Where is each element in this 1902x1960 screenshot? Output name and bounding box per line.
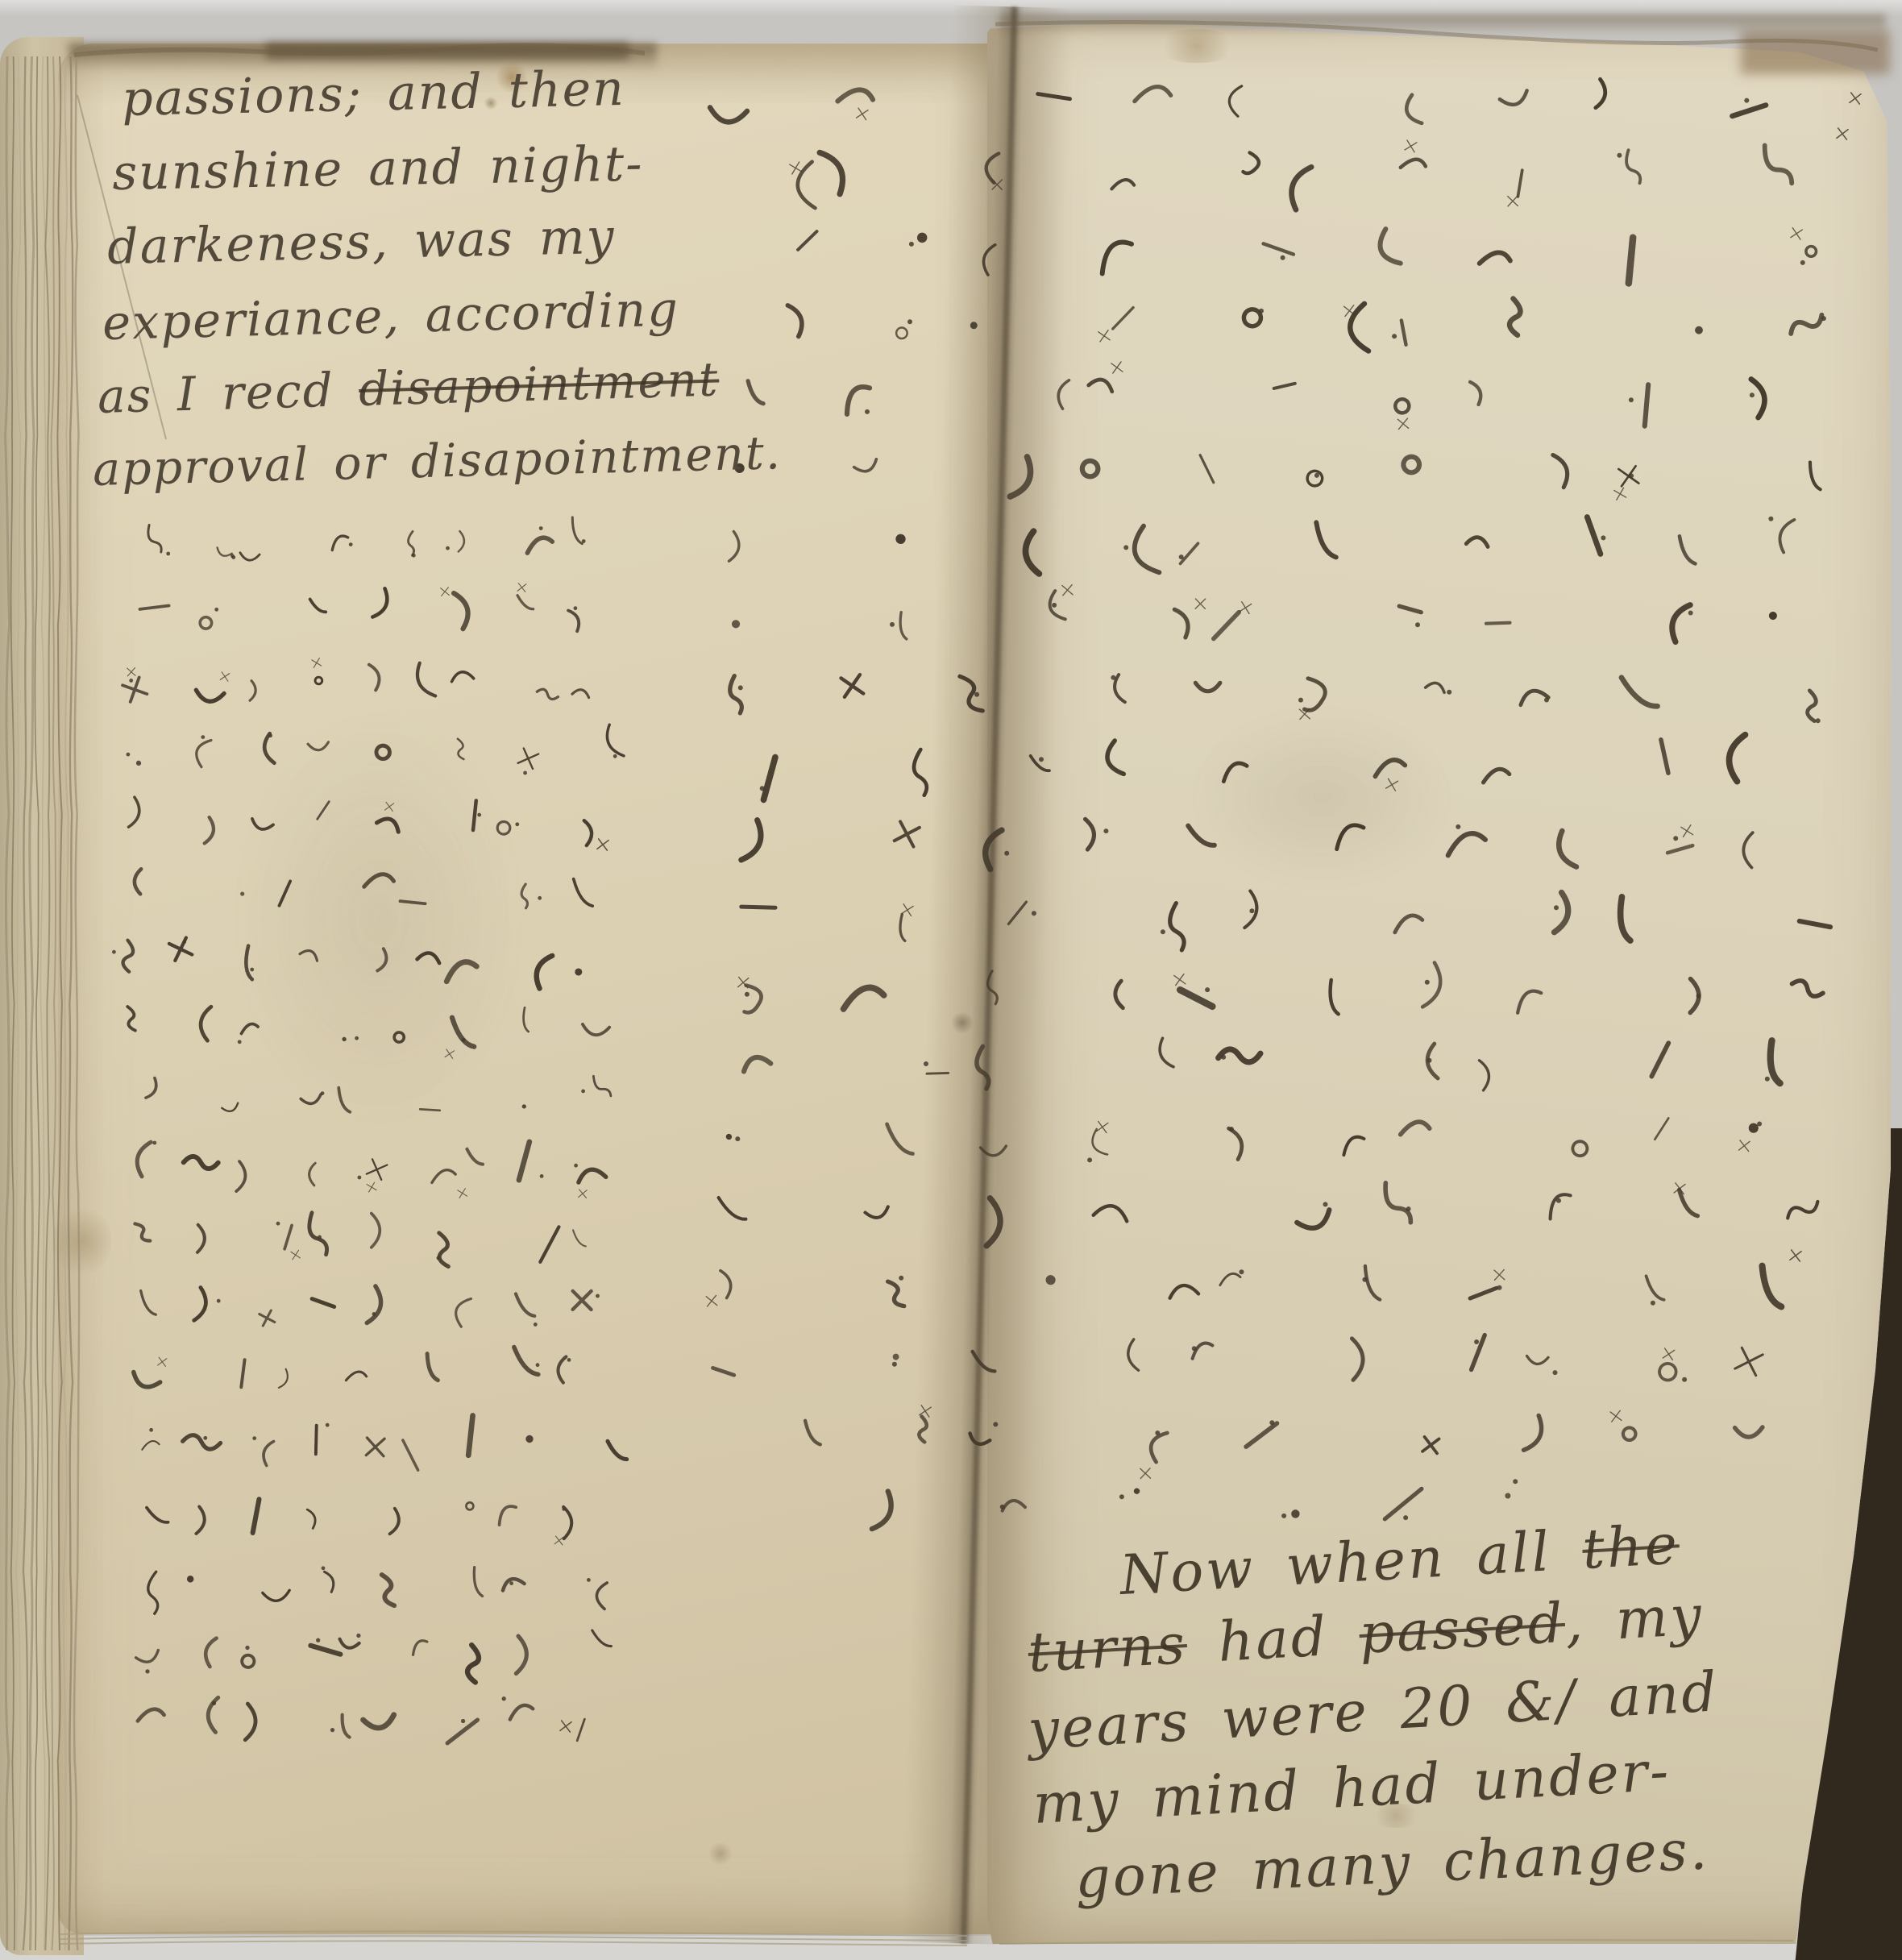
handwritten-text-segment: passions; and then [122, 60, 626, 127]
handwritten-text-segment: gone many changes. [1074, 1818, 1710, 1911]
handwritten-text-segment: sunshine and night- [112, 136, 644, 201]
handwritten-text-segment: disapointment [358, 351, 720, 416]
handwriting-layer: passions; and thensunshine and night-dar… [0, 0, 1902, 1960]
handwritten-text-segment: darkeness, was my [107, 209, 617, 276]
handwritten-line: darkeness, was my [107, 209, 617, 276]
handwritten-text-segment: experiance, according [102, 281, 679, 351]
handwritten-text-segment: passed [1357, 1592, 1567, 1667]
handwritten-line: gone many changes. [1074, 1818, 1710, 1911]
handwritten-text-segment: approval or disapointment. [92, 426, 782, 496]
handwritten-line: approval or disapointment. [92, 426, 782, 496]
handwritten-line: passions; and then [122, 60, 626, 127]
handwritten-text-segment: turns [1027, 1613, 1189, 1685]
handwritten-line: as I recd disapointment [97, 351, 720, 424]
handwritten-line: experiance, according [102, 281, 679, 351]
notebook-scan: passions; and thensunshine and night-dar… [0, 0, 1902, 1960]
handwritten-line: sunshine and night- [112, 136, 644, 201]
handwritten-text-segment: as I recd [97, 362, 359, 424]
handwritten-text-segment: , my [1564, 1584, 1705, 1655]
handwritten-text-segment: the [1580, 1513, 1681, 1582]
handwritten-text-segment: had [1186, 1603, 1361, 1676]
